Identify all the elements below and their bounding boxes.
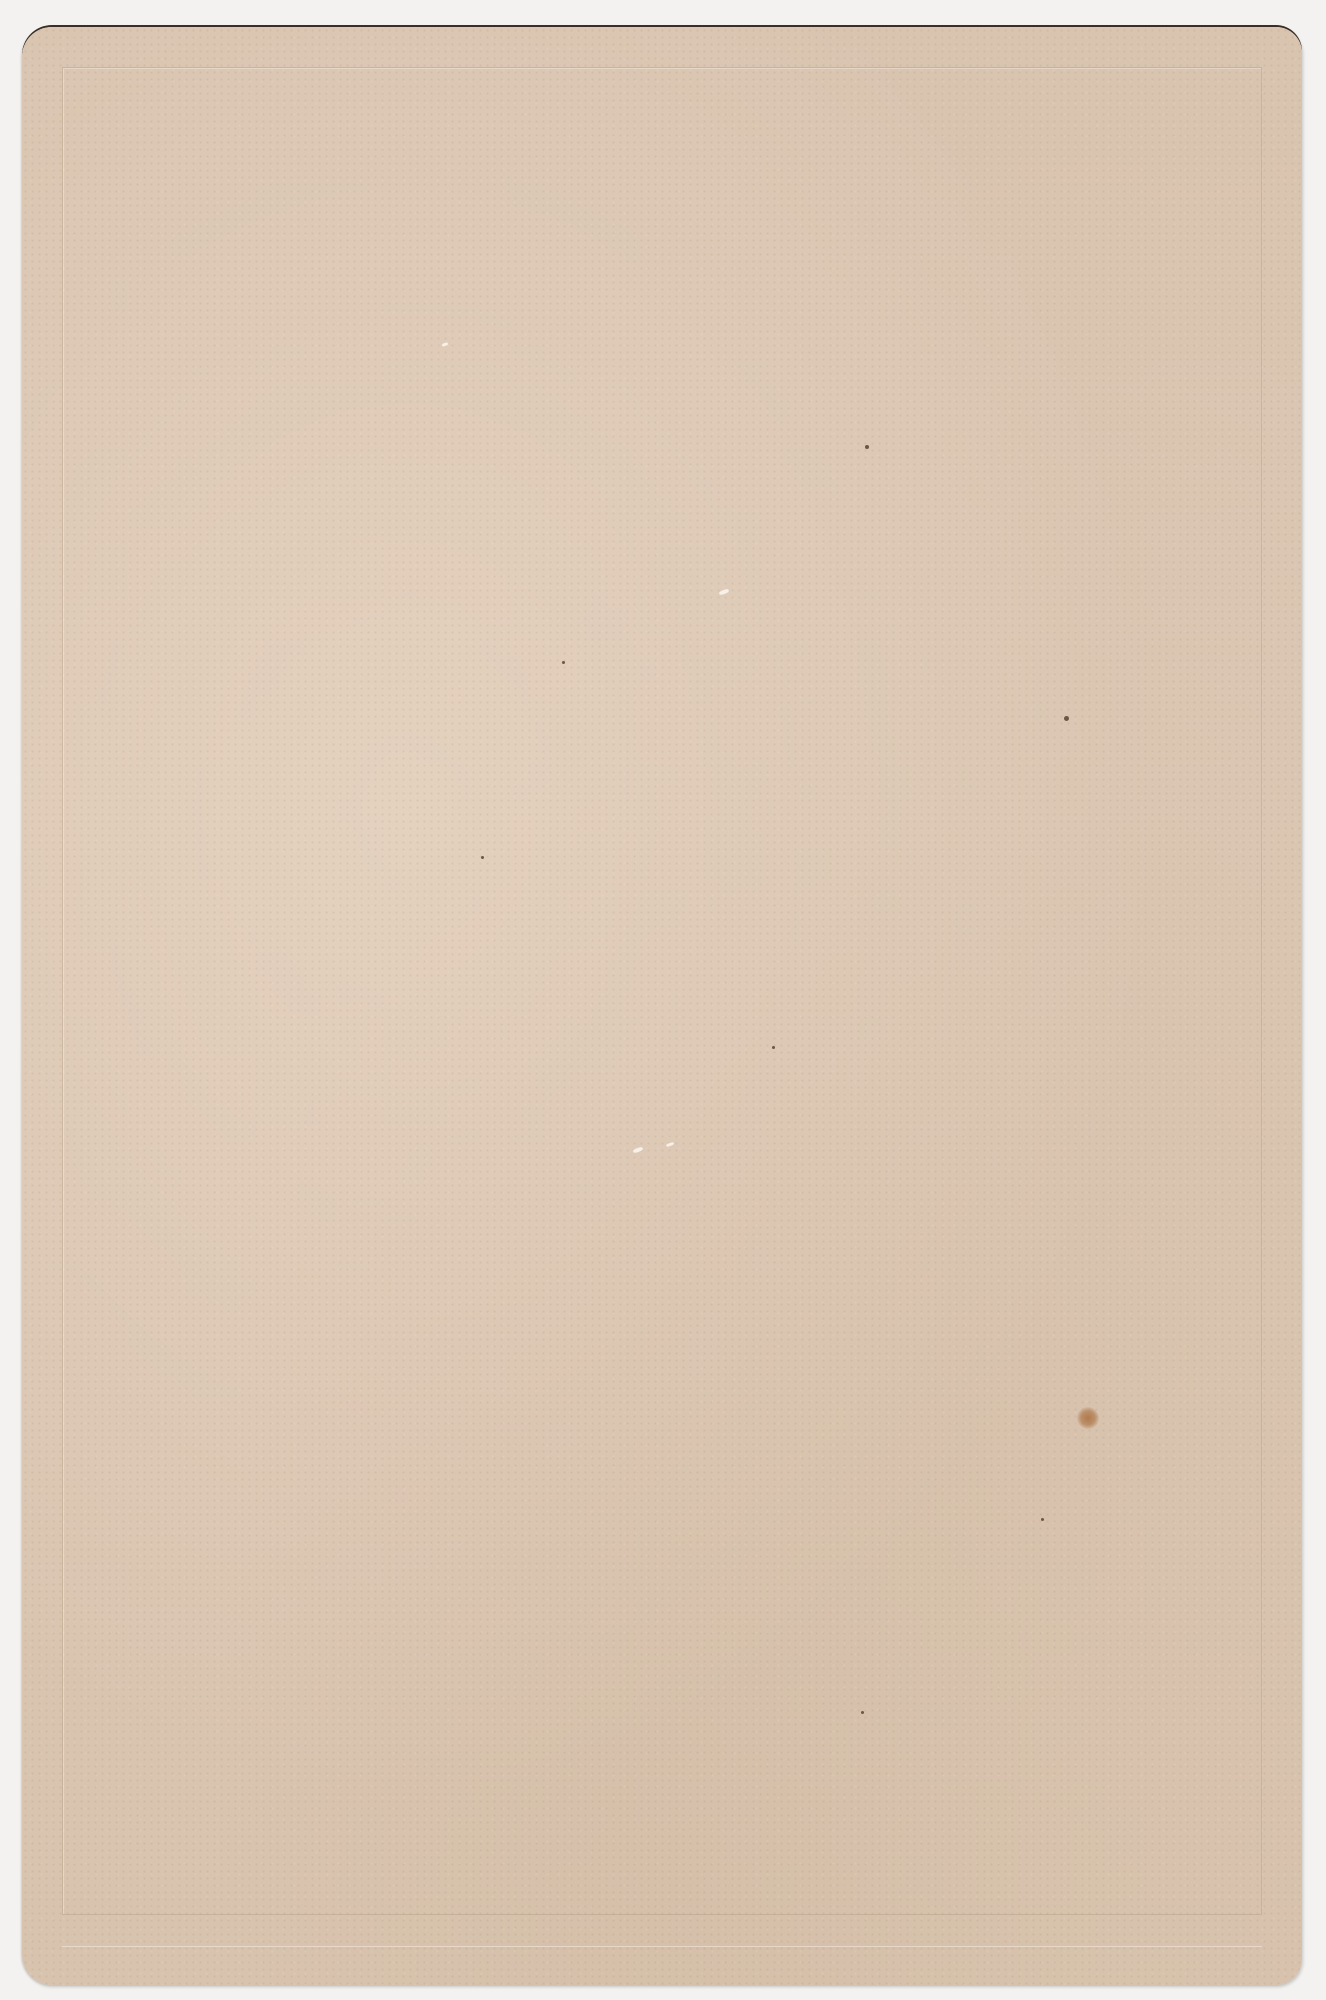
scan-background: [0, 0, 1326, 2000]
speck-mark: [772, 1046, 775, 1049]
speck-mark: [562, 661, 565, 664]
bottom-embossed-line: [62, 1946, 1262, 1947]
speck-mark: [861, 1711, 864, 1714]
speck-mark: [1064, 716, 1069, 721]
speck-mark: [865, 445, 869, 449]
speck-mark: [481, 856, 484, 859]
embossed-inner-border: [62, 67, 1262, 1915]
speck-mark: [1041, 1518, 1044, 1521]
foxing-mark: [1077, 1407, 1099, 1429]
cabinet-card-verso: [22, 27, 1302, 1985]
